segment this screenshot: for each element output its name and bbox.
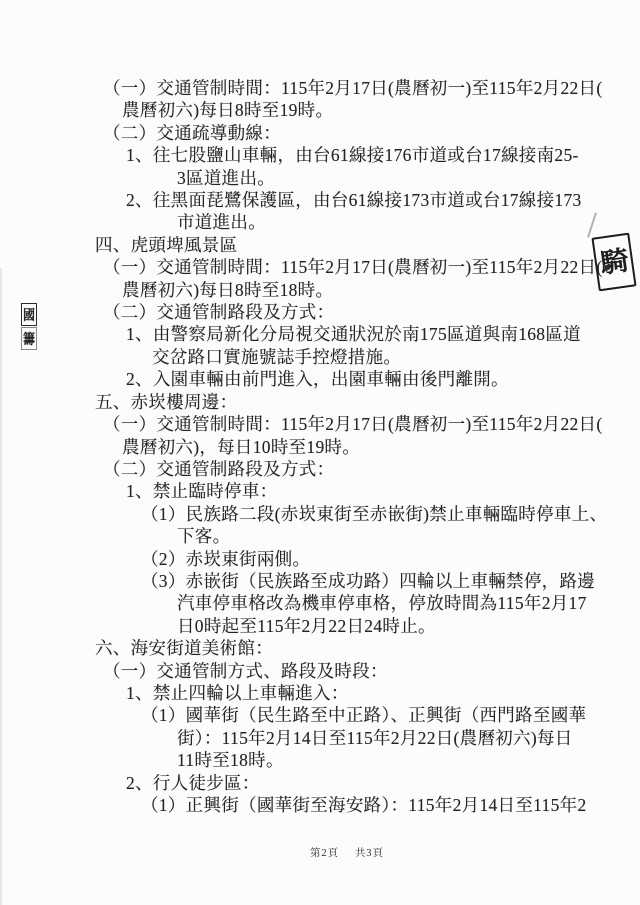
text-line: 3區道進出。 [0, 167, 640, 189]
text-line: 1、禁止臨時停車： [0, 480, 640, 502]
scanned-document-page: （一）交通管制時間：115年2月17日(農曆初一)至115年2月22日(農曆初六… [0, 0, 640, 905]
text-line: （二）交通疏導動線： [0, 122, 640, 144]
text-line: 汽車停車格改為機車停車格，停放時間為115年2月17 [0, 592, 640, 614]
text-line: 2、行人徒步區： [0, 772, 640, 794]
text-line: 農曆初六)每日8時至19時。 [0, 99, 640, 121]
text-line: 下客。 [0, 525, 640, 547]
document-lines: （一）交通管制時間：115年2月17日(農曆初一)至115年2月22日(農曆初六… [0, 77, 640, 816]
text-line: 2、往黑面琵鷺保護區，由台61線接173市道或台17線接173 [0, 189, 640, 211]
text-line: 2、入園車輛由前門進入，出園車輛由後門離開。 [0, 368, 640, 390]
seal-character: 籌 [23, 331, 35, 345]
text-line: 農曆初六)每日8時至18時。 [0, 279, 640, 301]
seal-character-box: 籌 [21, 327, 37, 350]
text-line: 1、由警察局新化分局視交通狀況於南175區道與南168區道 [0, 323, 640, 345]
text-line: 街）：115年2月14日至115年2月22日(農曆初六)每日 [0, 727, 640, 749]
text-line: 農曆初六)，每日10時至19時。 [0, 436, 640, 458]
text-line: 11時至18時。 [0, 749, 640, 771]
seal-character-box: 國 [21, 303, 37, 326]
text-line: （一）交通管制時間：115年2月17日(農曆初一)至115年2月22日( [0, 413, 640, 435]
text-line: 六、海安街道美術館： [0, 637, 640, 659]
text-line: 五、赤崁樓周邊： [0, 391, 640, 413]
text-line: （一）交通管制時間：115年2月17日(農曆初一)至115年2月22日( [0, 256, 640, 278]
text-line: （3）赤嵌街（民族路至成功路）四輪以上車輛禁停，路邊 [0, 570, 640, 592]
text-line: 市道進出。 [0, 211, 640, 233]
text-line: 日0時起至115年2月22日24時止。 [0, 615, 640, 637]
text-line: 1、禁止四輪以上車輛進入： [0, 682, 640, 704]
text-line: （1）正興街（國華街至海安路）：115年2月14日至115年2 [0, 794, 640, 816]
text-line: （1）民族路二段(赤崁東街至赤嵌街)禁止車輛臨時停車上、 [0, 503, 640, 525]
text-line: （1）國華街（民生路至中正路）、正興街（西門路至國華 [0, 704, 640, 726]
text-line: （一）交通管制方式、路段及時段： [0, 660, 640, 682]
text-line: （2）赤崁東街兩側。 [0, 548, 640, 570]
seal-character: 騎 [598, 247, 630, 278]
footer-total-pages: 共3頁 [355, 848, 384, 859]
scan-edge-artifact [0, 268, 2, 905]
text-line: （一）交通管制時間：115年2月17日(農曆初一)至115年2月22日( [0, 77, 640, 99]
text-line: 四、虎頭埤風景區 [0, 234, 640, 256]
page-footer: 第2頁 共3頁 [0, 845, 640, 860]
seal-character: 國 [23, 307, 35, 321]
footer-page-number: 第2頁 [310, 848, 339, 859]
text-line: 1、往七股鹽山車輛，由台61線接176市道或台17線接南25- [0, 144, 640, 166]
page-joint-seal-right: 騎 [591, 233, 636, 292]
text-line: （二）交通管制路段及方式： [0, 301, 640, 323]
text-line: （二）交通管制路段及方式： [0, 458, 640, 480]
page-joint-seal-left: 國 籌 [21, 303, 37, 351]
text-line: 交岔路口實施號誌手控燈措施。 [0, 346, 640, 368]
